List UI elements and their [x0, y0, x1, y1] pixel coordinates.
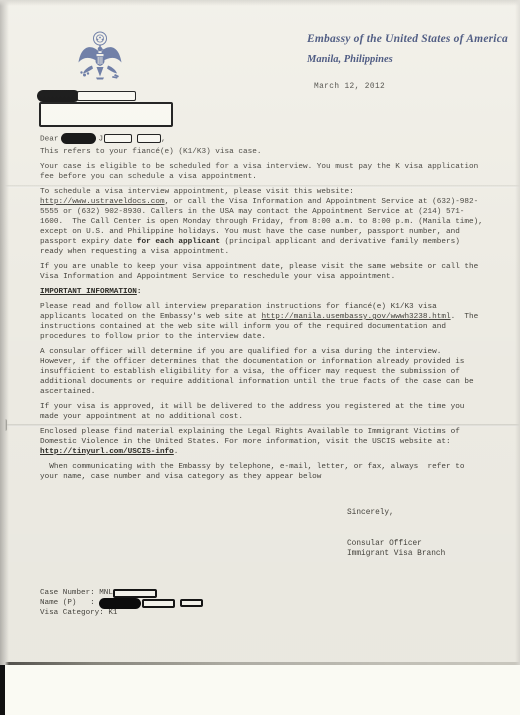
- case-number-label: Case Number:: [40, 589, 99, 597]
- redacted-recipient-name-row: [37, 87, 136, 100]
- para-legal-rights: Enclosed please find material explaining…: [40, 427, 512, 457]
- heading-important-information: IMPORTANT INFORMATION:: [40, 287, 512, 297]
- visa-category-label: Visa Category:: [40, 609, 108, 617]
- valediction: Sincerely,: [347, 509, 394, 517]
- text-segment: If your visa is approved, it will be del…: [40, 403, 464, 421]
- letter-body: This refers to your fiancé(e) (K1/K3) vi…: [40, 147, 512, 487]
- text-segment: :: [137, 288, 142, 296]
- salutation-comma: ,: [161, 136, 166, 144]
- para-consular-officer: A consular officer will determine if you…: [40, 347, 512, 397]
- signer-title: Consular Officer: [347, 539, 445, 549]
- embassy-instructions-url: http://manila.usembassy.gov/wwwh3238.htm…: [261, 313, 450, 321]
- sheet-below: [0, 665, 520, 715]
- scan-edge-right: [515, 0, 520, 665]
- redaction-name-first: [99, 598, 141, 609]
- text-segment: IMPORTANT INFORMATION: [40, 288, 137, 296]
- visa-category-row: Visa Category: K1: [40, 608, 203, 618]
- visa-category-value: K1: [108, 609, 117, 617]
- para-case-refers: This refers to your fiancé(e) (K1/K3) vi…: [40, 147, 512, 157]
- scan-edge-left: [0, 0, 9, 665]
- text-segment: Enclosed please find material explaining…: [40, 428, 460, 446]
- salutation-dear: Dear: [40, 136, 58, 144]
- scan-edge-top: [0, 0, 520, 6]
- salutation-initial: J: [98, 136, 103, 144]
- redaction-recipient-name: [37, 90, 80, 102]
- redaction-recipient-name2: [77, 91, 136, 101]
- redaction-case-number: [113, 589, 157, 598]
- para-visa-delivery: If your visa is approved, it will be del…: [40, 402, 512, 422]
- fold-crease-bottom: [0, 424, 520, 427]
- para-communicating: When communicating with the Embassy by t…: [40, 462, 512, 482]
- scan-black-strip: [0, 665, 5, 715]
- para-reschedule: If you are unable to keep your visa appo…: [40, 262, 512, 282]
- redaction-salutation-last: [137, 134, 161, 143]
- para-interview-instructions: Please read and follow all interview pre…: [40, 302, 512, 342]
- embassy-name: Embassy of the United States of America: [307, 33, 508, 45]
- text-segment: This refers to your fiancé(e) (K1/K3) vi…: [40, 148, 261, 156]
- fold-crease-top: [0, 185, 520, 188]
- redaction-salutation-name: [61, 133, 96, 144]
- redaction-salutation-mid: [104, 134, 132, 143]
- redaction-name-last: [180, 599, 203, 607]
- name-row: Name (P) :: [40, 598, 203, 608]
- letter-date: March 12, 2012: [314, 83, 385, 91]
- signature-block: Consular Officer Immigrant Visa Branch: [347, 539, 445, 559]
- embassy-location: Manila, Philippines: [307, 54, 508, 65]
- text-segment: When communicating with the Embassy by t…: [40, 463, 464, 481]
- text-segment: A consular officer will determine if you…: [40, 348, 474, 396]
- reference-block: Case Number: MNL Name (P) : Visa Categor…: [40, 588, 203, 618]
- name-label: Name (P) :: [40, 599, 99, 607]
- text-segment: To schedule a visa interview appointment…: [40, 188, 354, 196]
- signer-department: Immigrant Visa Branch: [347, 549, 445, 559]
- text-segment: If you are unable to keep your visa appo…: [40, 263, 478, 281]
- text-segment: for each applicant: [137, 238, 220, 246]
- para-eligibility: Your case is eligible to be scheduled fo…: [40, 162, 512, 182]
- para-schedule: To schedule a visa interview appointment…: [40, 187, 512, 257]
- case-number-prefix: MNL: [99, 589, 113, 597]
- us-great-seal-icon: [76, 29, 124, 88]
- scanned-letter-page: Embassy of the United States of America …: [0, 0, 520, 715]
- letterhead: Embassy of the United States of America …: [307, 33, 508, 65]
- ustraveldocs-url: http://www.ustraveldocs.com: [40, 198, 165, 206]
- case-number-row: Case Number: MNL: [40, 588, 203, 598]
- text-segment: .: [174, 448, 179, 456]
- salutation-line: DearJ,: [40, 133, 166, 144]
- uscis-info-url: http://tinyurl.com/USCIS-info: [40, 448, 174, 456]
- redaction-name-mid: [142, 599, 175, 608]
- text-segment: Your case is eligible to be scheduled fo…: [40, 163, 478, 181]
- redaction-recipient-address: [39, 102, 173, 127]
